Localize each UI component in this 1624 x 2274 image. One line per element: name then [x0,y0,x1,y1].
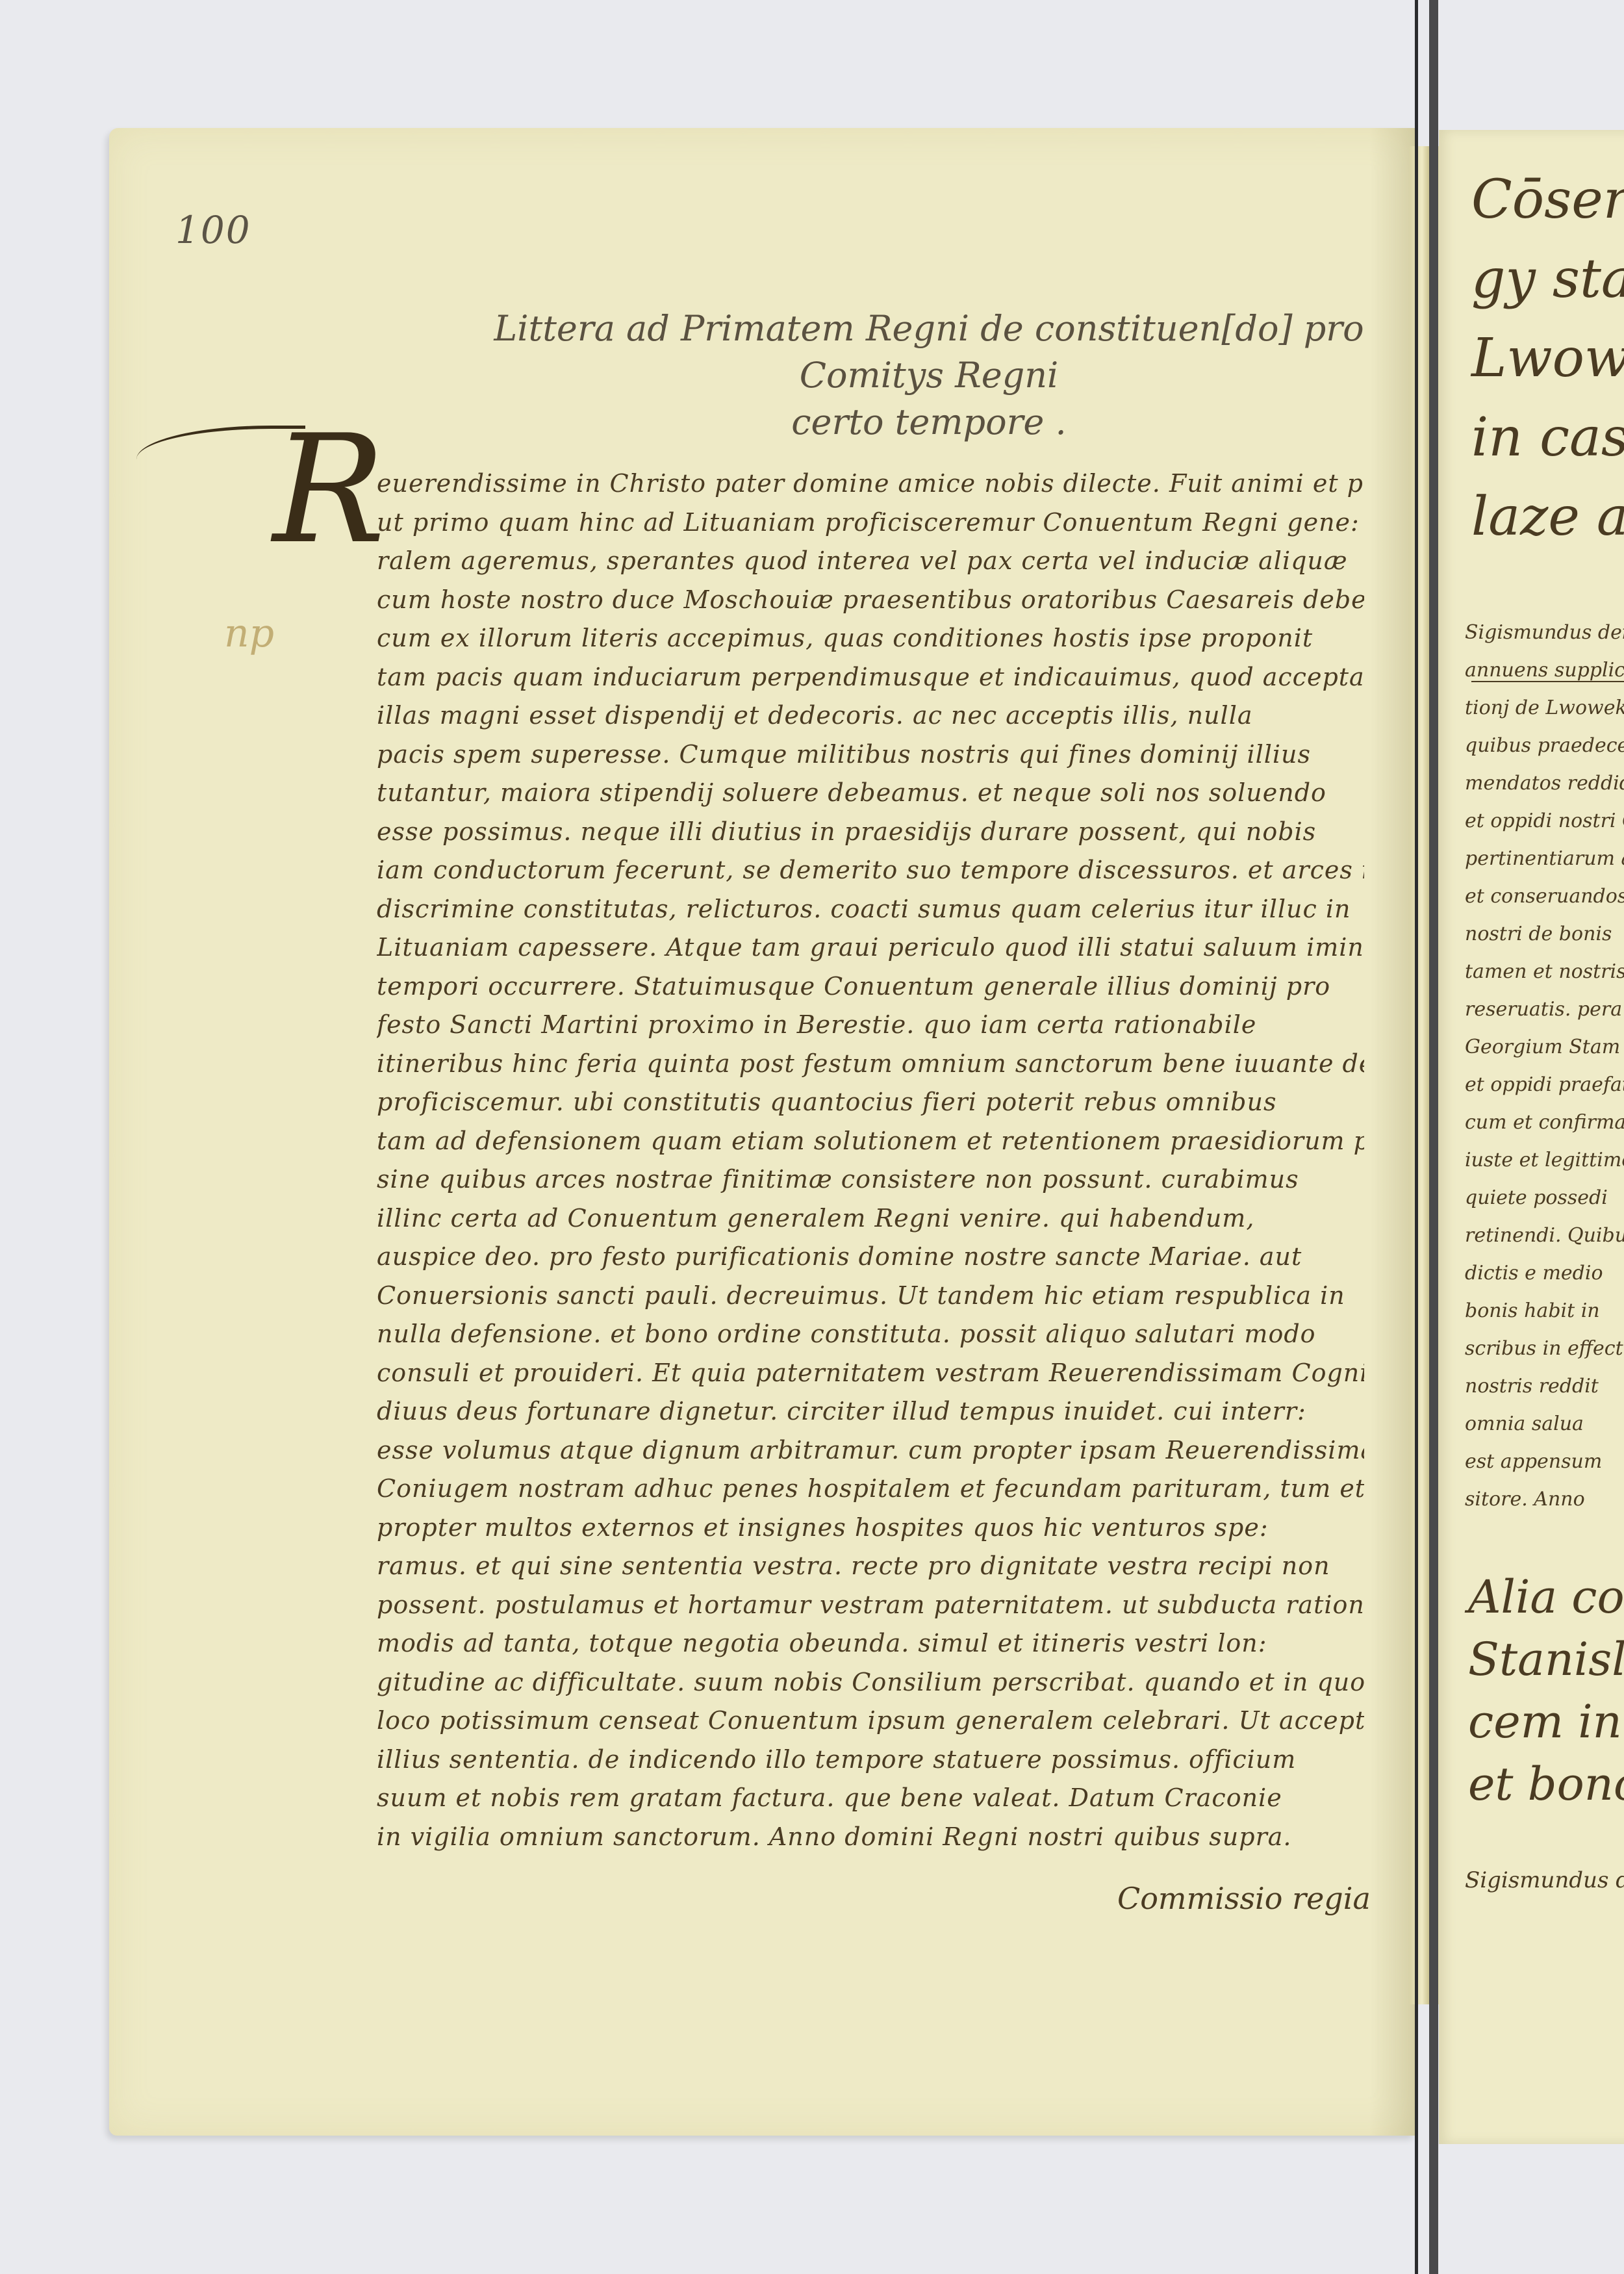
body-line: esse possimus. neque illi diutius in pra… [377,813,1364,852]
body-line: euerendissime in Christo pater domine am… [377,465,1364,504]
body-line: festo Sancti Martini proximo in Berestie… [377,1006,1364,1045]
body-line: tam ad defensionem quam etiam solutionem… [377,1122,1364,1161]
right-manuscript-page: Cōseruatigy stamLwowekin castrolaze adSi… [1439,130,1624,2144]
letter-body: euerendissime in Christo pater domine am… [377,465,1364,1856]
right-heading-line: laze ad [1471,486,1624,548]
right-heading-line: Lwowek [1471,327,1624,389]
right-body-line: sitore. Anno [1465,1481,1624,1518]
letter-heading: Littera ad Primatem Regni de constituen[… [494,305,1364,446]
heading-line-1: Littera ad Primatem Regni de constituen[… [494,305,1364,399]
right-body-line: et oppidi praefat [1465,1066,1624,1104]
body-line: pacis spem superesse. Cumque militibus n… [377,735,1364,774]
body-line: ut primo quam hinc ad Lituaniam proficis… [377,504,1364,543]
right-second-heading-line: cem in te [1468,1691,1624,1753]
right-body-line: et conseruandos [1465,878,1624,915]
right-body-text: Sigismundus deiannuens supplicationj de … [1465,614,1624,1518]
body-line: sine quibus arces nostrae finitimæ consi… [377,1160,1364,1199]
right-body-line: Sigismundus dei [1465,614,1624,652]
heading-line-2: certo tempore . [494,399,1364,446]
right-body-line: quiete possedi [1465,1179,1624,1217]
right-second-heading-line: et bonor [1468,1753,1624,1815]
body-line: gitudine ac difficultate. suum nobis Con… [377,1663,1364,1702]
signoff: Commissio regia [1117,1881,1371,1916]
body-line: cum hoste nostro duce Moschouiæ praesent… [377,581,1364,620]
body-line: tempori occurrere. Statuimusque Conuentu… [377,967,1364,1006]
body-line: auspice deo. pro festo purificationis do… [377,1238,1364,1277]
right-body-line: iuste et legittime [1465,1142,1624,1179]
spine-clip-right [1429,0,1438,2274]
right-second-heading-line: Stanislai [1468,1628,1624,1691]
right-heading-line: gy stam [1471,248,1624,310]
body-line: in vigilia omnium sanctorum. Anno domini… [377,1818,1364,1857]
right-second-heading: Alia conStanislaicem in teet bonor [1468,1566,1624,1815]
right-body-line: retinendi. Quibus [1465,1217,1624,1255]
right-heading-line: Cōseruati [1471,169,1624,231]
right-body-line: quibus praedecesso [1465,727,1624,765]
body-line: illius sententia. de indicendo illo temp… [377,1741,1364,1780]
drop-cap: R [273,416,385,565]
right-heading-line: in castro [1471,407,1624,468]
body-line: itineribus hinc feria quinta post festum… [377,1045,1364,1084]
right-body-line: dictis e medio [1465,1255,1624,1292]
body-line: suum et nobis rem gratam factura. que be… [377,1779,1364,1818]
body-line: ramus. et qui sine sententia vestra. rec… [377,1547,1364,1586]
body-line: nulla defensione. et bono ordine constit… [377,1315,1364,1354]
body-line: esse volumus atque dignum arbitramur. cu… [377,1431,1364,1470]
body-line: ralem ageremus, sperantes quod interea v… [377,542,1364,581]
body-line: loco potissimum censeat Conuentum ipsum … [377,1702,1364,1741]
right-body-line: nostri de bonis [1465,915,1624,953]
body-line: discrimine constitutas, relicturos. coac… [377,890,1364,929]
right-body-line: annuens supplica [1465,652,1624,689]
right-body-line: Georgium Stam [1465,1028,1624,1066]
right-body-line: tionj de Lwowek [1465,689,1624,727]
body-line: possent. postulamus et hortamur vestram … [377,1586,1364,1625]
margin-annotation: np [224,611,274,656]
body-line: Conuersionis sancti pauli. decreuimus. U… [377,1277,1364,1316]
body-line: proficiscemur. ubi constitutis quantociu… [377,1083,1364,1122]
body-line: tam pacis quam induciarum perpendimusque… [377,658,1364,697]
right-body-line: tamen et nostris [1465,953,1624,991]
body-line: modis ad tanta, totque negotia obeunda. … [377,1624,1364,1663]
body-line: illas magni esset dispendij et dedecoris… [377,696,1364,735]
body-line: tutantur, maiora stipendij soluere debea… [377,774,1364,813]
body-line: propter multos externos et insignes hosp… [377,1509,1364,1548]
right-body-line: mendatos reddide [1465,765,1624,802]
right-body-line: est appensum [1465,1443,1624,1481]
right-second-heading-line: Alia con [1468,1566,1624,1628]
body-line: consuli et prouideri. Et quia paternitat… [377,1354,1364,1393]
spine-clip-left [1415,0,1418,2274]
body-line: Coniugem nostram adhuc penes hospitalem … [377,1470,1364,1509]
right-body-line: nostris reddit [1465,1368,1624,1405]
right-body-line: et oppidi nostri O [1465,802,1624,840]
body-line: diuus deus fortunare dignetur. circiter … [377,1392,1364,1431]
right-last-line: Sigismundus d [1465,1861,1624,1899]
body-line: cum ex illorum literis accepimus, quas c… [377,619,1364,658]
body-line: Lituaniam capessere. Atque tam graui per… [377,928,1364,967]
right-body-line: scribus in effect [1465,1330,1624,1368]
right-body-line: reseruatis. pera [1465,991,1624,1028]
folio-number: 100 [175,208,251,252]
right-body-line: cum et confirma [1465,1104,1624,1142]
book-spine [1410,0,1441,2274]
body-line: iam conductorum fecerunt, se demerito su… [377,851,1364,890]
right-body-line: bonis habit in [1465,1292,1624,1330]
right-body-line: pertinentiarum ad re [1465,840,1624,878]
right-body-line: omnia salua [1465,1405,1624,1443]
body-line: illinc certa ad Conuentum generalem Regn… [377,1199,1364,1238]
